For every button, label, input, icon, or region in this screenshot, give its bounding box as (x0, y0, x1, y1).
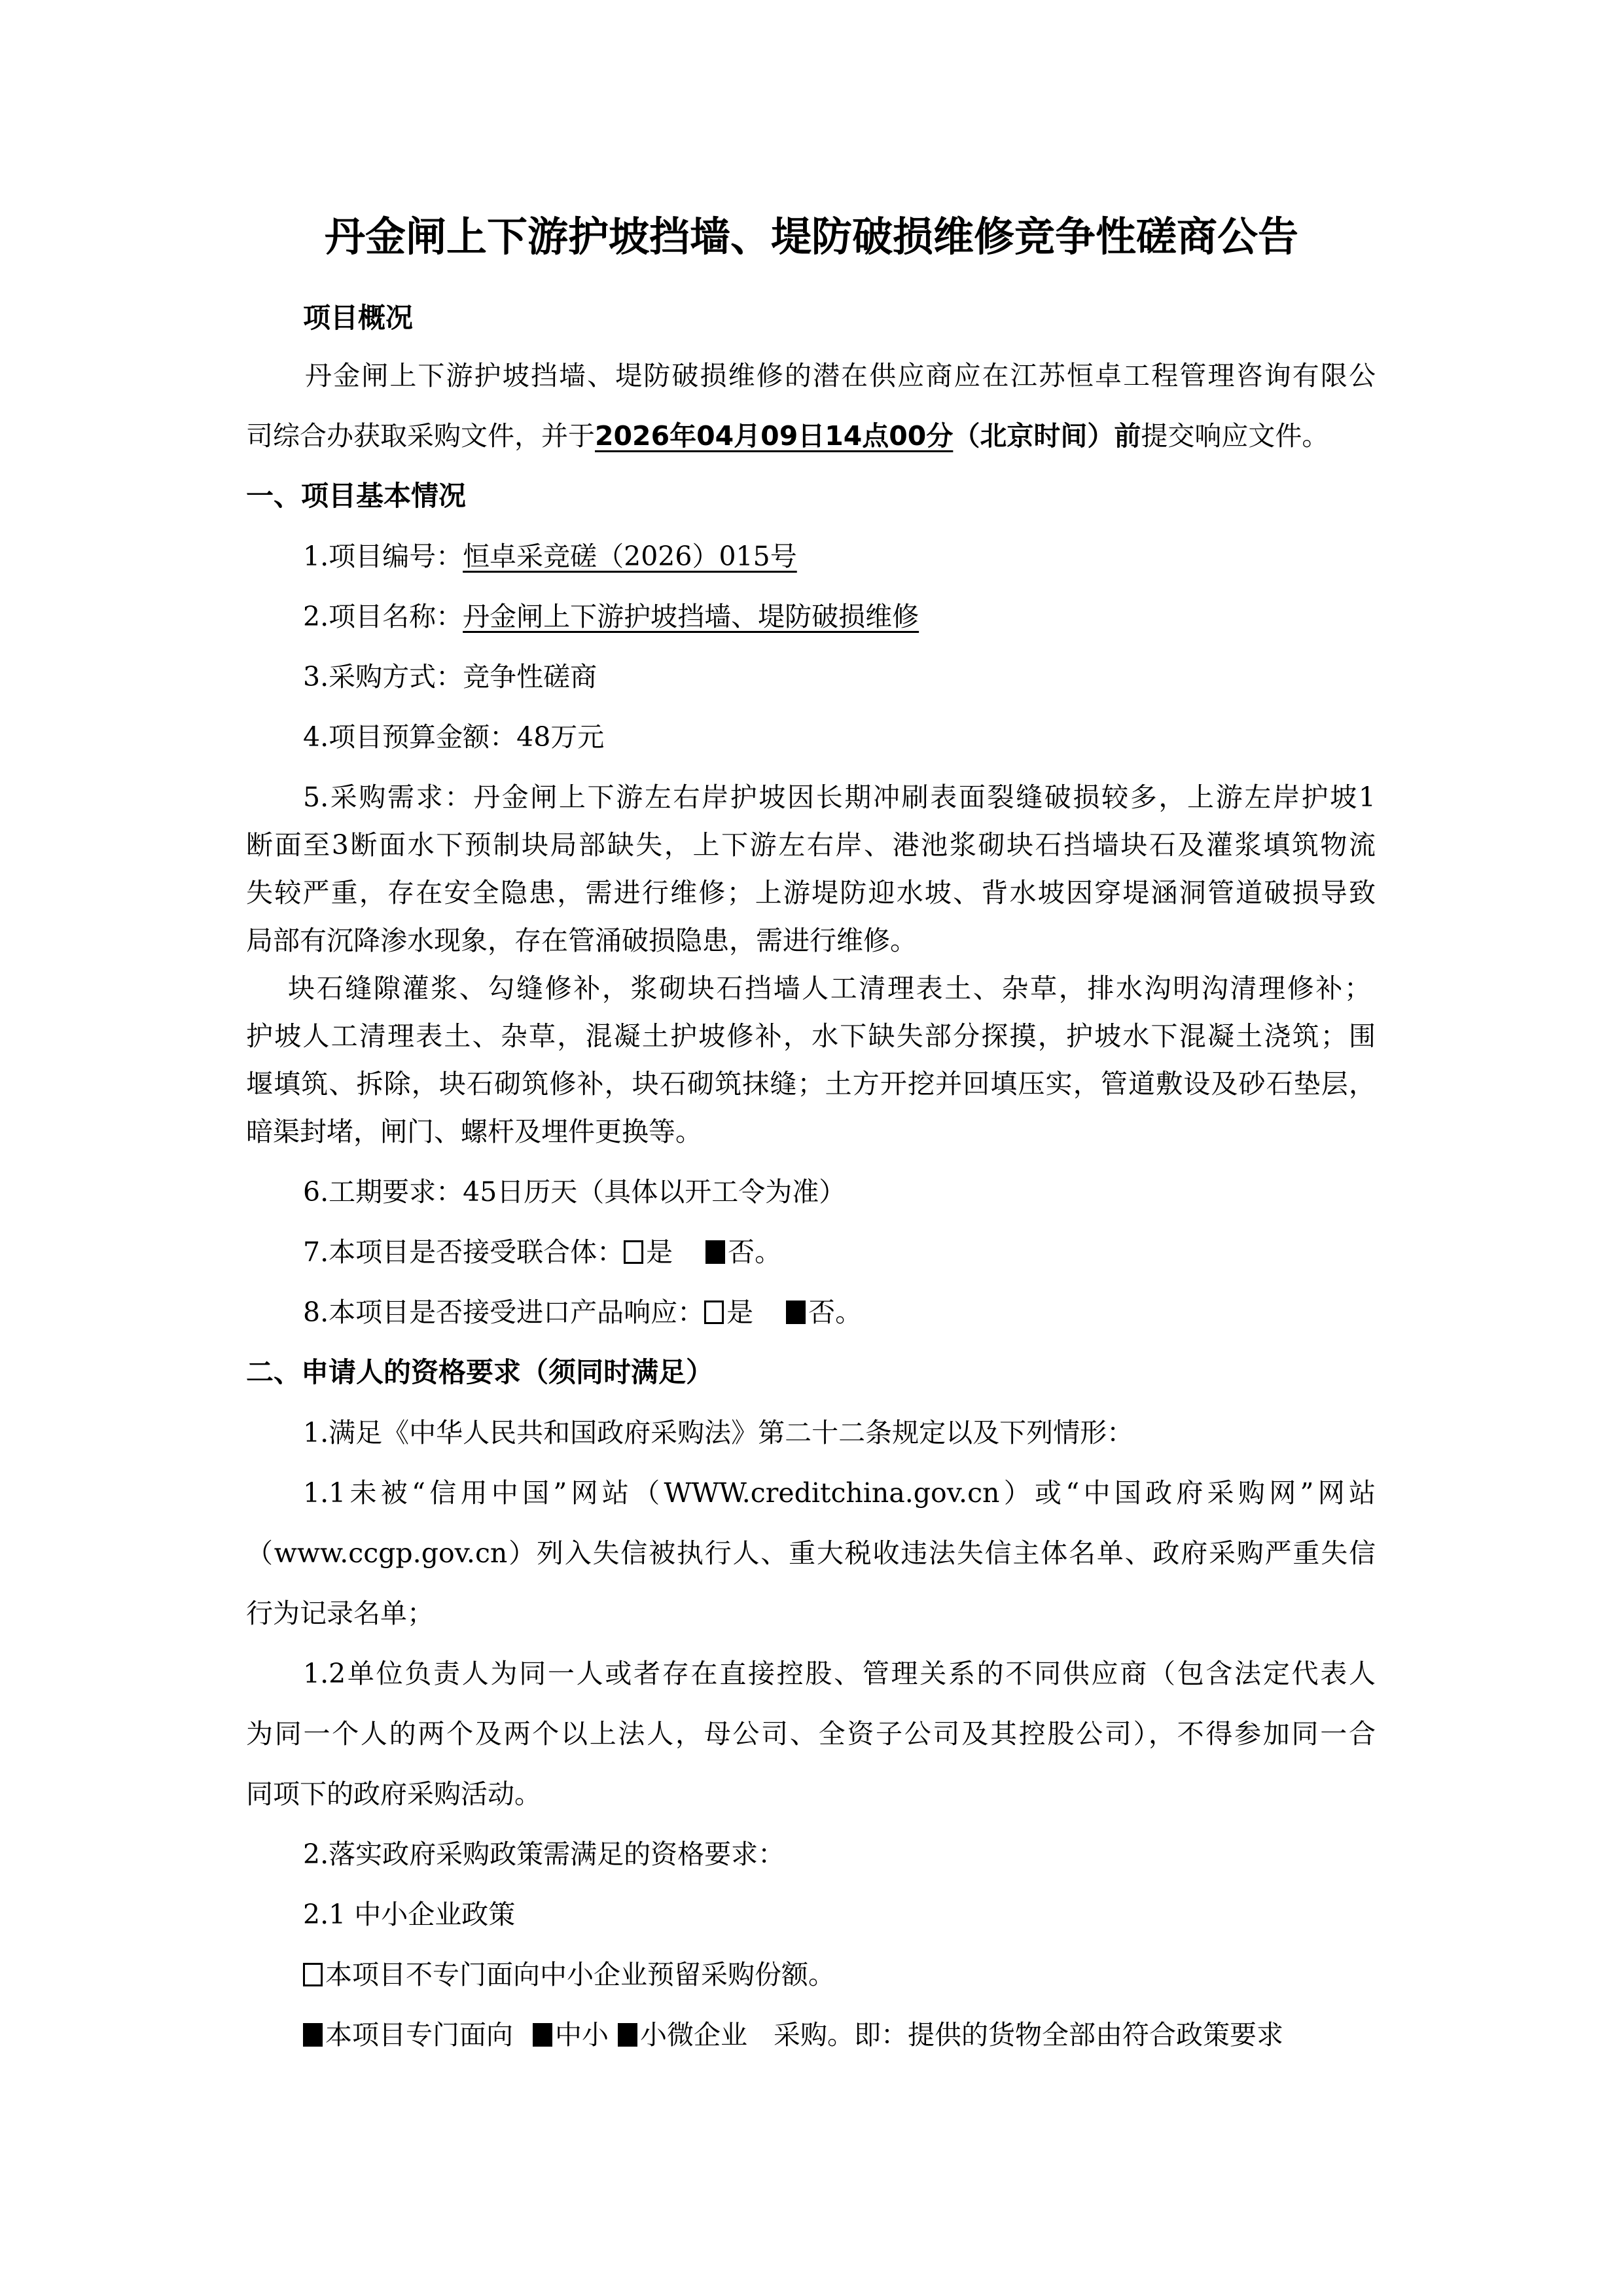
requirement-1: 1.满足《中华人民共和国政府采购法》第二十二条规定以及下列情形： (303, 1414, 1433, 1451)
requirement-1-1-line-3: 行为记录名单； (246, 1595, 1376, 1632)
requirement-1-1-line-2: （www.ccgp.gov.cn）列入失信被执行人、重大税收违法失信主体名单、政… (246, 1535, 1376, 1571)
scope-line-1: 块石缝隙灌浆、勾缝修补，浆砌块石挡墙人工清理表土、杂草，排水沟明沟清理修补； (288, 970, 1371, 1007)
item-requirements-line-3: 失较严重，存在安全隐患，需进行维修；上游堤防迎水坡、背水坡因穿堤涵洞管道破损导致 (246, 874, 1376, 911)
item-consortium: 7.本项目是否接受联合体：是否。 (303, 1234, 1433, 1270)
requirement-2: 2.落实政府采购政策需满足的资格要求： (303, 1836, 1433, 1873)
item-project-number-value: 恒卓采竞磋（2026）015号 (463, 541, 797, 572)
section-1-heading: 一、项目基本情况 (246, 478, 1376, 514)
consortium-no-checkbox (705, 1240, 725, 1264)
document-title: 丹金闸上下游护坡挡墙、堤防破损维修竞争性磋商公告 (0, 211, 1623, 263)
requirement-1-2-line-3: 同项下的政府采购活动。 (246, 1776, 1376, 1812)
section-2-heading: 二、申请人的资格要求（须同时满足） (246, 1354, 1376, 1391)
consortium-yes-label: 是 (646, 1236, 673, 1268)
item-duration: 6.工期要求：45日历天（具体以开工令为准） (303, 1174, 1433, 1210)
item-imported-products-label: 8.本项目是否接受进口产品响应： (303, 1297, 704, 1328)
item-requirements-line-2: 断面至3断面水下预制块局部缺失，上下游左右岸、港池浆砌块石挡墙块石及灌浆填筑物流 (246, 827, 1376, 863)
consortium-yes-checkbox (624, 1240, 643, 1264)
requirement-2-1: 2.1 中小企业政策 (303, 1896, 1433, 1933)
item-imported-products: 8.本项目是否接受进口产品响应：是否。 (303, 1294, 1433, 1331)
sme-reserved-checkbox (303, 2023, 323, 2047)
scope-line-2: 护坡人工清理表土、杂草，混凝土护坡修补，水下缺失部分探摸，护坡水下混凝土浇筑；围 (246, 1018, 1376, 1054)
requirement-1-1-line-1: 1.1未被“信用中国”网站（WWW.creditchina.gov.cn）或“中… (303, 1475, 1376, 1511)
item-consortium-label: 7.本项目是否接受联合体： (303, 1236, 624, 1268)
consortium-no-label: 否。 (728, 1236, 781, 1268)
imported-no-checkbox (786, 1300, 806, 1324)
sme-small-micro-checkbox (618, 2023, 637, 2047)
deadline-timezone-note: （北京时间） (953, 420, 1114, 452)
item-project-number-label: 1.项目编号： (303, 541, 463, 572)
scope-line-3: 堰填筑、拆除，块石砌筑修补，块石砌筑抹缝；土方开挖并回填压实，管道敷设及砂石垫层… (246, 1066, 1376, 1102)
sme-option-not-reserved: 本项目不专门面向中小企业预留采购份额。 (303, 1956, 1433, 1993)
sme-option-reserved: 本项目专门面向中小小微企业采购。即：提供的货物全部由符合政策要求 (303, 2017, 1433, 2053)
sme-small-medium-checkbox (533, 2023, 552, 2047)
overview-line-2: 司综合办获取采购文件，并于2026年04月09日14点00分（北京时间）前提交响… (246, 418, 1376, 454)
sme-small-micro-label: 小微企业 (640, 2019, 747, 2051)
scope-line-4: 暗渠封堵，闸门、螺杆及埋件更换等。 (246, 1113, 1376, 1150)
sme-not-reserved-checkbox (303, 1963, 323, 1986)
item-project-name: 2.项目名称：丹金闸上下游护坡挡墙、堤防破损维修 (303, 598, 1433, 635)
overview-line-2-suffix: 提交响应文件。 (1141, 420, 1329, 452)
requirement-1-2-line-2: 为同一个人的两个及两个以上法人，母公司、全资子公司及其控股公司），不得参加同一合 (246, 1715, 1376, 1752)
item-procurement-method: 3.采购方式：竞争性磋商 (303, 658, 1433, 695)
sme-reserved-suffix: 采购。即：提供的货物全部由符合政策要求 (774, 2019, 1283, 2051)
deadline-before: 前 (1114, 420, 1141, 452)
response-deadline: 2026年04月09日14点00分 (595, 420, 953, 452)
item-project-number: 1.项目编号：恒卓采竞磋（2026）015号 (303, 538, 1433, 575)
overview-line-2-prefix: 司综合办获取采购文件，并于 (246, 420, 595, 452)
imported-yes-checkbox (704, 1300, 724, 1324)
item-requirements-line-1: 5.采购需求：丹金闸上下游左右岸护坡因长期冲刷表面裂缝破损较多，上游左岸护坡1 (303, 779, 1376, 816)
imported-no-label: 否。 (808, 1297, 862, 1328)
item-project-name-value: 丹金闸上下游护坡挡墙、堤防破损维修 (463, 601, 919, 632)
overview-line-1: 丹金闸上下游护坡挡墙、堤防破损维修的潜在供应商应在江苏恒卓工程管理咨询有限公 (305, 357, 1376, 394)
item-requirements-line-4: 局部有沉降渗水现象，存在管涌破损隐患，需进行维修。 (246, 922, 1376, 959)
requirement-1-2-line-1: 1.2单位负责人为同一人或者存在直接控股、管理关系的不同供应商（包含法定代表人 (303, 1655, 1376, 1692)
overview-heading: 项目概况 (303, 300, 1433, 336)
sme-small-medium-label: 中小 (555, 2019, 609, 2051)
sme-not-reserved-label: 本项目不专门面向中小企业预留采购份额。 (325, 1959, 835, 1990)
sme-reserved-prefix: 本项目专门面向 (325, 2019, 513, 2051)
document-page: 丹金闸上下游护坡挡墙、堤防破损维修竞争性磋商公告 项目概况 丹金闸上下游护坡挡墙… (0, 0, 1623, 2296)
imported-yes-label: 是 (726, 1297, 753, 1328)
item-budget: 4.项目预算金额：48万元 (303, 719, 1433, 755)
item-project-name-label: 2.项目名称： (303, 601, 463, 632)
